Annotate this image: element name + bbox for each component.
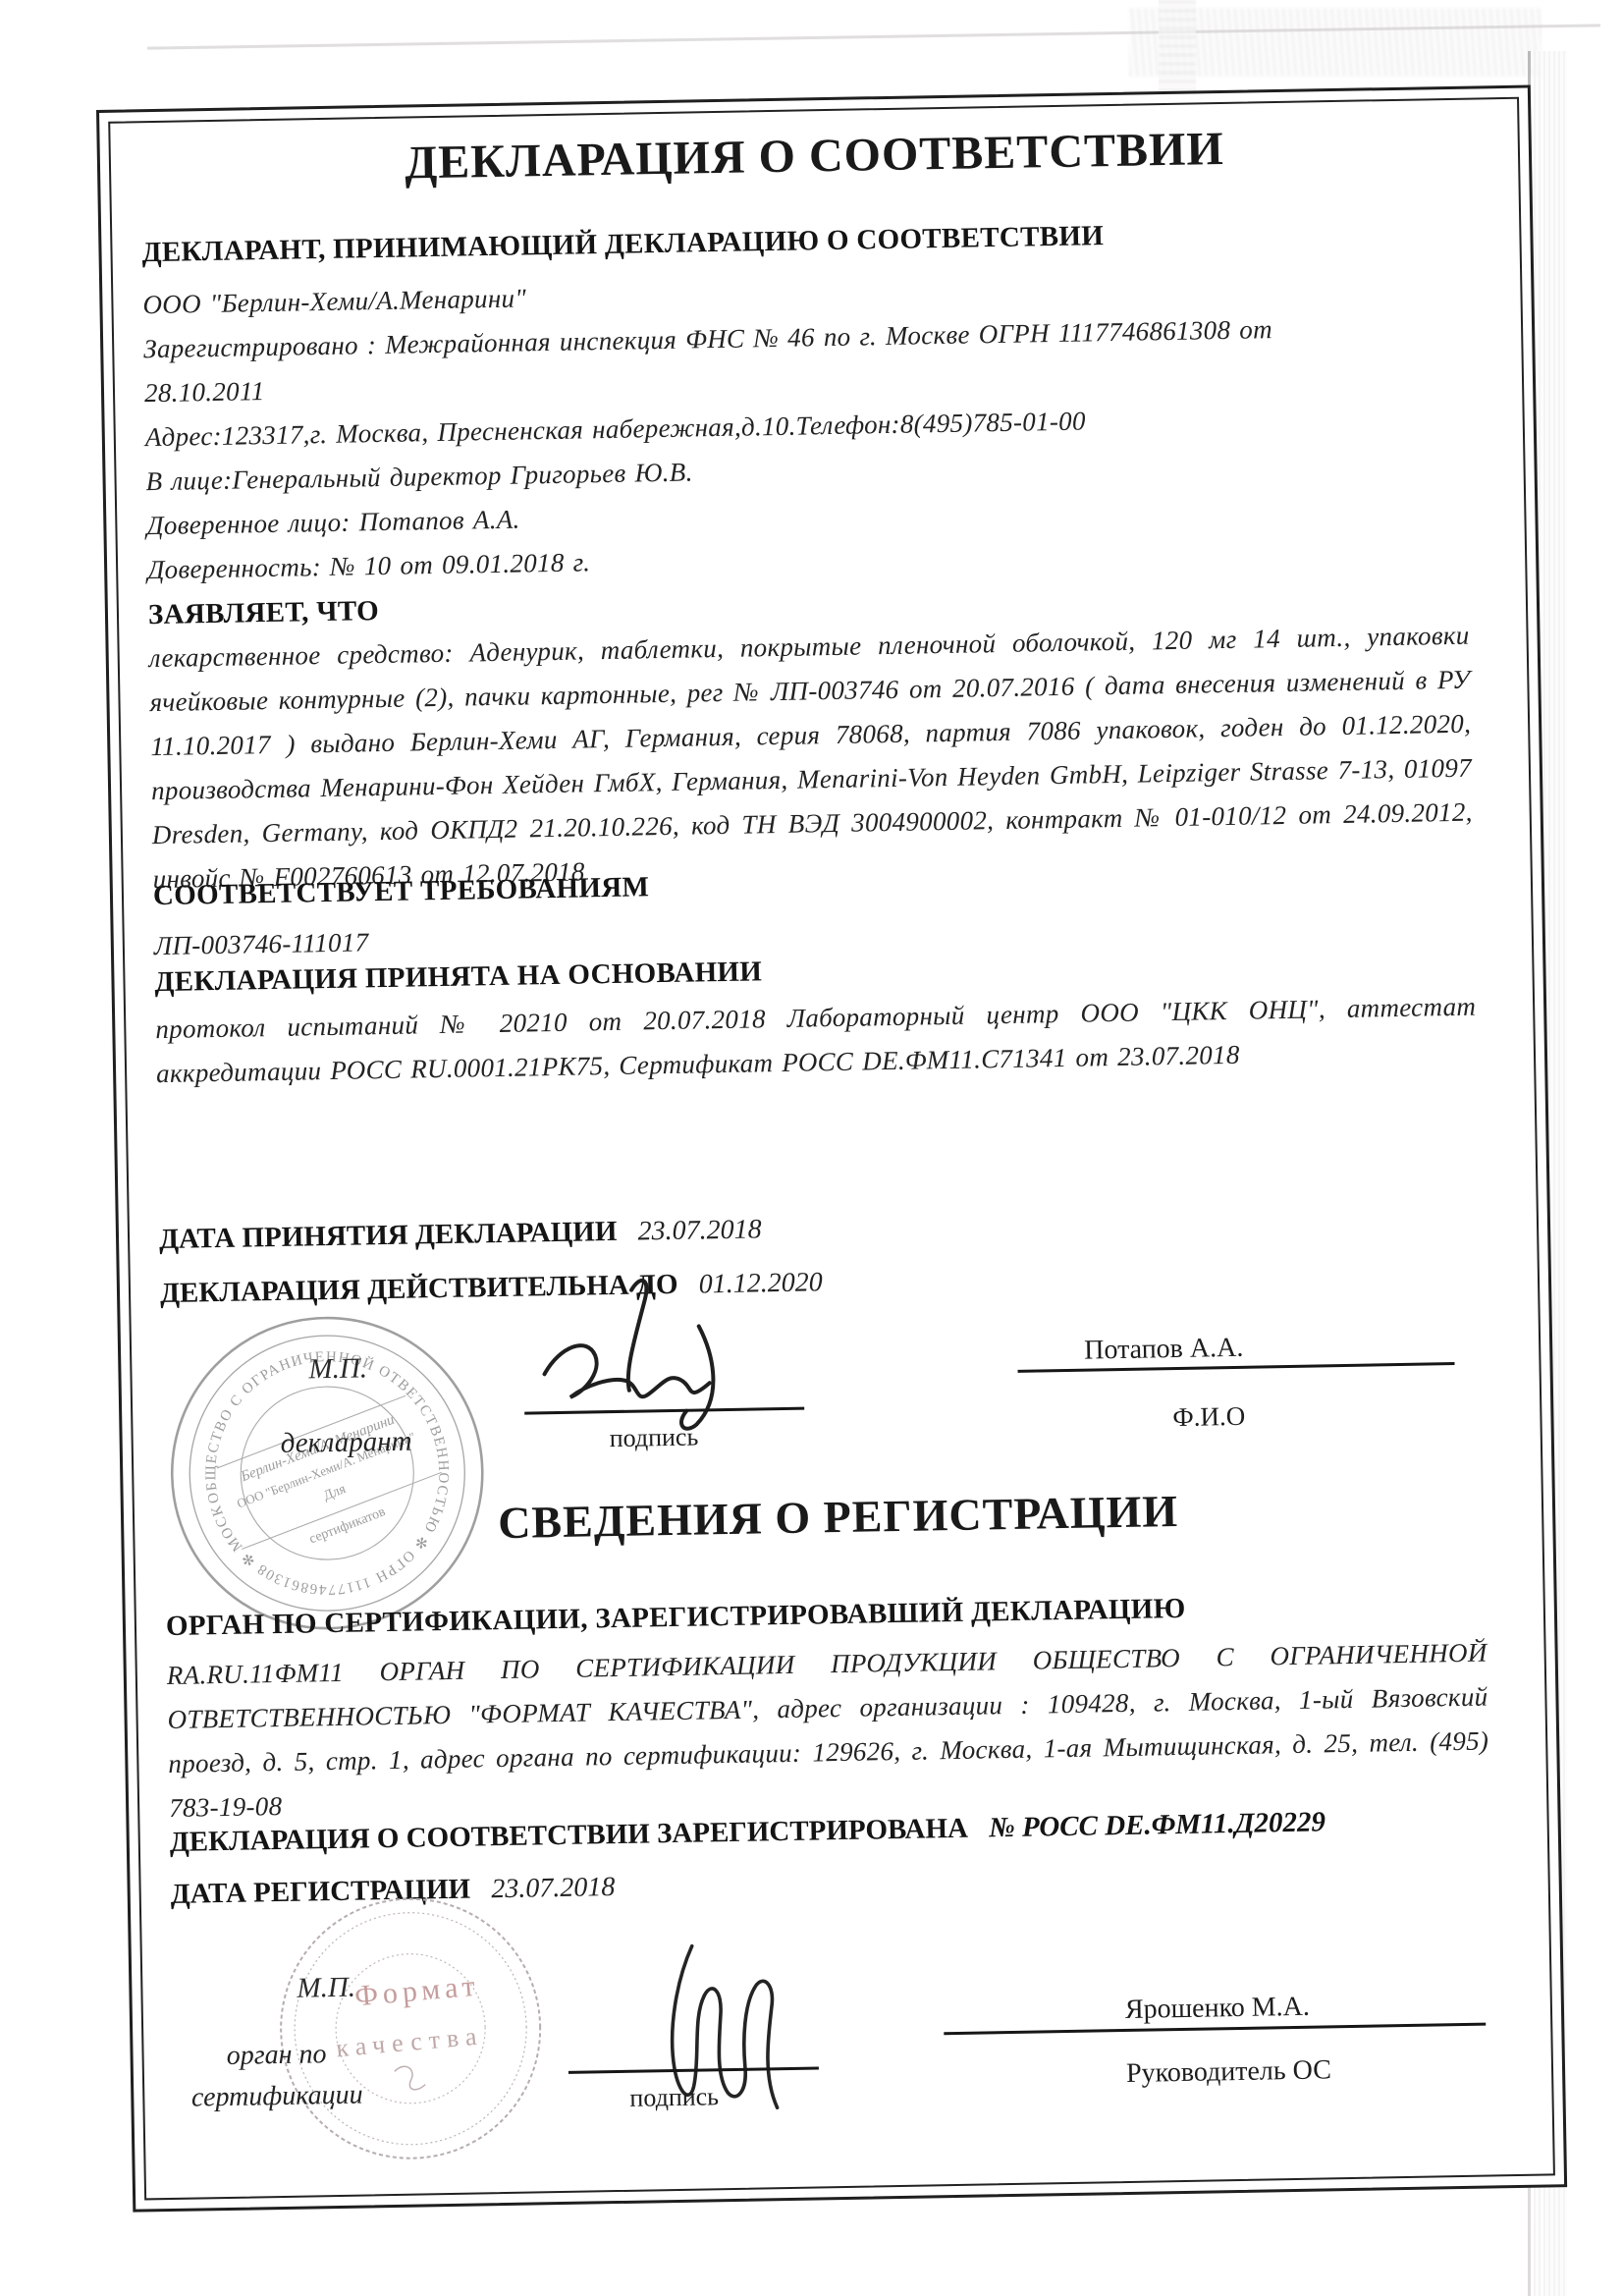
certification-organ-stamp: Формат качества	[271, 1888, 551, 2168]
declares-heading: ЗАЯВЛЯЕТ, ЧТО	[148, 595, 380, 631]
document-title: ДЕКЛАРАЦИЯ О СООТВЕТСТВИИ	[111, 117, 1519, 195]
declarant-signer-name: Потапов А.А.	[1084, 1333, 1244, 1367]
organ-head-title: Руководитель ОС	[1126, 2054, 1331, 2090]
basis-text: протокол испытаний № 20210 от 20.07.2018…	[155, 985, 1477, 1096]
declarant-details: ООО "Берлин-Хеми/А.Менарини" Зарегистрир…	[142, 259, 1486, 592]
adoption-date-row: ДАТА ПРИНЯТИЯ ДЕКЛАРАЦИИ 23.07.2018	[159, 1213, 762, 1256]
registered-number: № РОСС DE.ФМ11.Д20229	[989, 1806, 1325, 1843]
document-inner-frame: ДЕКЛАРАЦИЯ О СООТВЕТСТВИИ ДЕКЛАРАНТ, ПРИ…	[108, 97, 1555, 2201]
stamp-place-mark: М.П.	[308, 1352, 367, 1386]
stamp-place-mark: М.П.	[297, 1972, 355, 2005]
signature-caption: подпись	[609, 1423, 698, 1454]
organ-details: RA.RU.11ФМ11 ОРГАН ПО СЕРТИФИКАЦИИ ПРОДУ…	[166, 1631, 1489, 1831]
scanned-declaration-page: ДЕКЛАРАЦИЯ О СООТВЕТСТВИИ ДЕКЛАРАНТ, ПРИ…	[0, 0, 1623, 2296]
signature-caption: подпись	[629, 2082, 719, 2113]
declarant-heading: ДЕКЛАРАНТ, ПРИНИМАЮЩИЙ ДЕКЛАРАЦИЮ О СООТ…	[141, 213, 1480, 269]
product-description: лекарственное средство: Аденурик, таблет…	[148, 614, 1474, 902]
organ-head-name: Ярошенко М.А.	[1125, 1992, 1310, 2026]
name-line	[944, 2023, 1486, 2036]
declarant-role-label: декларант	[280, 1426, 411, 1460]
organ-role-label: орган по сертификации	[153, 2033, 400, 2119]
organ-stamp-word1: Формат	[353, 1969, 481, 2012]
name-caption: Ф.И.О	[1172, 1401, 1245, 1433]
requirements-code: ЛП-003746-111017	[153, 920, 368, 968]
document-frame: ДЕКЛАРАЦИЯ О СООТВЕТСТВИИ ДЕКЛАРАНТ, ПРИ…	[96, 85, 1567, 2213]
adoption-date-value: 23.07.2018	[637, 1214, 762, 1246]
adoption-date-label: ДАТА ПРИНЯТИЯ ДЕКЛАРАЦИИ	[159, 1216, 618, 1255]
